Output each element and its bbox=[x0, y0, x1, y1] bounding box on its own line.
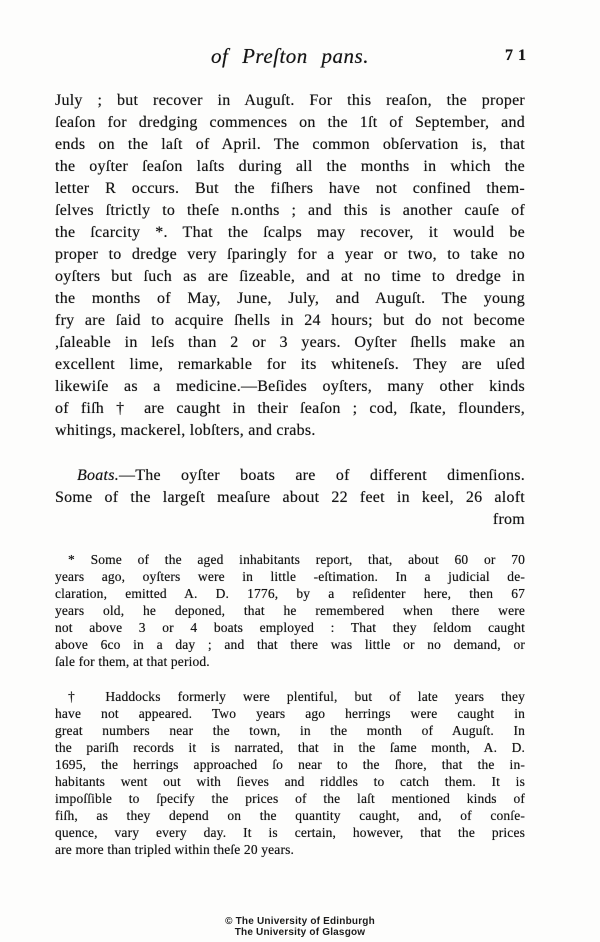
text-line: Some of the largeſt meaſure about 22 fee… bbox=[55, 487, 525, 509]
scan-footer: © The University of Edinburgh The Univer… bbox=[0, 916, 600, 938]
footer-line-edinburgh: © The University of Edinburgh bbox=[0, 916, 600, 927]
footnote-line: quence, vary every day. It is certain, h… bbox=[55, 824, 525, 841]
text-line: letter R occurs. But the fiſhers have no… bbox=[55, 178, 525, 200]
text-line: the months of May, June, July, and Auguſ… bbox=[55, 288, 525, 310]
running-header: of Preſton pans. 71 bbox=[55, 44, 525, 70]
text-line: the ſcarcity *. That the ſcalps may reco… bbox=[55, 222, 525, 244]
footnote-line: fiſh, as they depend on the quantity cau… bbox=[55, 807, 525, 824]
text-line: likewiſe as a medicine.—Beſides oyſters,… bbox=[55, 376, 525, 398]
page-number: 71 bbox=[505, 47, 531, 65]
footnote-asterisk: * Some of the aged inhabitants report, t… bbox=[55, 551, 525, 670]
footnote-line: have not appeared. Two years ago herring… bbox=[55, 705, 525, 722]
footnote-line: * Some of the aged inhabitants report, t… bbox=[55, 551, 525, 568]
page-heading: of Preſton pans. bbox=[211, 44, 369, 68]
text-line: oyſters but ſuch as are ſizeable, and at… bbox=[55, 266, 525, 288]
footer-line-glasgow: The University of Glasgow bbox=[0, 927, 600, 938]
book-page-scan: of Preſton pans. 71 July ; but recover i… bbox=[0, 0, 600, 942]
footnote-line: years old, he deponed, that he remembere… bbox=[55, 602, 525, 619]
footnote-line: years ago, oyſters were in little -eſtim… bbox=[55, 568, 525, 585]
footnote-line: impoſſible to ſpecify the prices of the … bbox=[55, 790, 525, 807]
catchword: from bbox=[55, 509, 525, 531]
text-line: Boats.—The oyſter boats are of different… bbox=[55, 465, 525, 487]
text-line-rest: —The oyſter boats are of different dimen… bbox=[119, 467, 525, 484]
text-line: excellent lime, remarkable for its white… bbox=[55, 354, 525, 376]
paragraph-boats: Boats.—The oyſter boats are of different… bbox=[55, 465, 525, 531]
footnote-line: above 6co in a day ; and that there was … bbox=[55, 636, 525, 653]
footnote-line: 1695, the herrings approached ſo near to… bbox=[55, 756, 525, 773]
footnote-line: habitants went out with ſieves and riddl… bbox=[55, 773, 525, 790]
text-line: proper to dredge very ſparingly for a ye… bbox=[55, 244, 525, 266]
footnote-line: ſale for them, at that period. bbox=[55, 653, 525, 670]
boats-sidehead: Boats. bbox=[77, 467, 119, 484]
footnote-line: claration, emitted A. D. 1776, by a reſi… bbox=[55, 585, 525, 602]
text-line: of fiſh † are caught in their ſeaſon ; c… bbox=[55, 398, 525, 420]
footnote-line: not above 3 or 4 boats employed : That t… bbox=[55, 619, 525, 636]
paragraph-oysters: July ; but recover in Auguſt. For this r… bbox=[55, 90, 525, 442]
footnote-line: are more than tripled within theſe 20 ye… bbox=[55, 841, 525, 858]
text-line: fry are ſaid to acquire ſhells in 24 hou… bbox=[55, 310, 525, 332]
text-line: whitings, mackerel, lobſters, and crabs. bbox=[55, 420, 525, 442]
footnote-line: great numbers near the town, in the mont… bbox=[55, 722, 525, 739]
text-line: ſelves ſtrictly to theſe n.onths ; and t… bbox=[55, 200, 525, 222]
text-line: July ; but recover in Auguſt. For this r… bbox=[55, 90, 525, 112]
footnote-line: the pariſh records it is narrated, that … bbox=[55, 739, 525, 756]
text-line: ,ſaleable in leſs than 2 or 3 years. Oyſ… bbox=[55, 332, 525, 354]
text-line: the oyſter ſeaſon laſts during all the m… bbox=[55, 156, 525, 178]
text-line: ſeaſon for dredging commences on the 1ſt… bbox=[55, 112, 525, 134]
footnote-dagger: † Haddocks formerly were plentiful, but … bbox=[55, 688, 525, 858]
footnote-line: † Haddocks formerly were plentiful, but … bbox=[55, 688, 525, 705]
text-line: ends on the laſt of April. The common ob… bbox=[55, 134, 525, 156]
